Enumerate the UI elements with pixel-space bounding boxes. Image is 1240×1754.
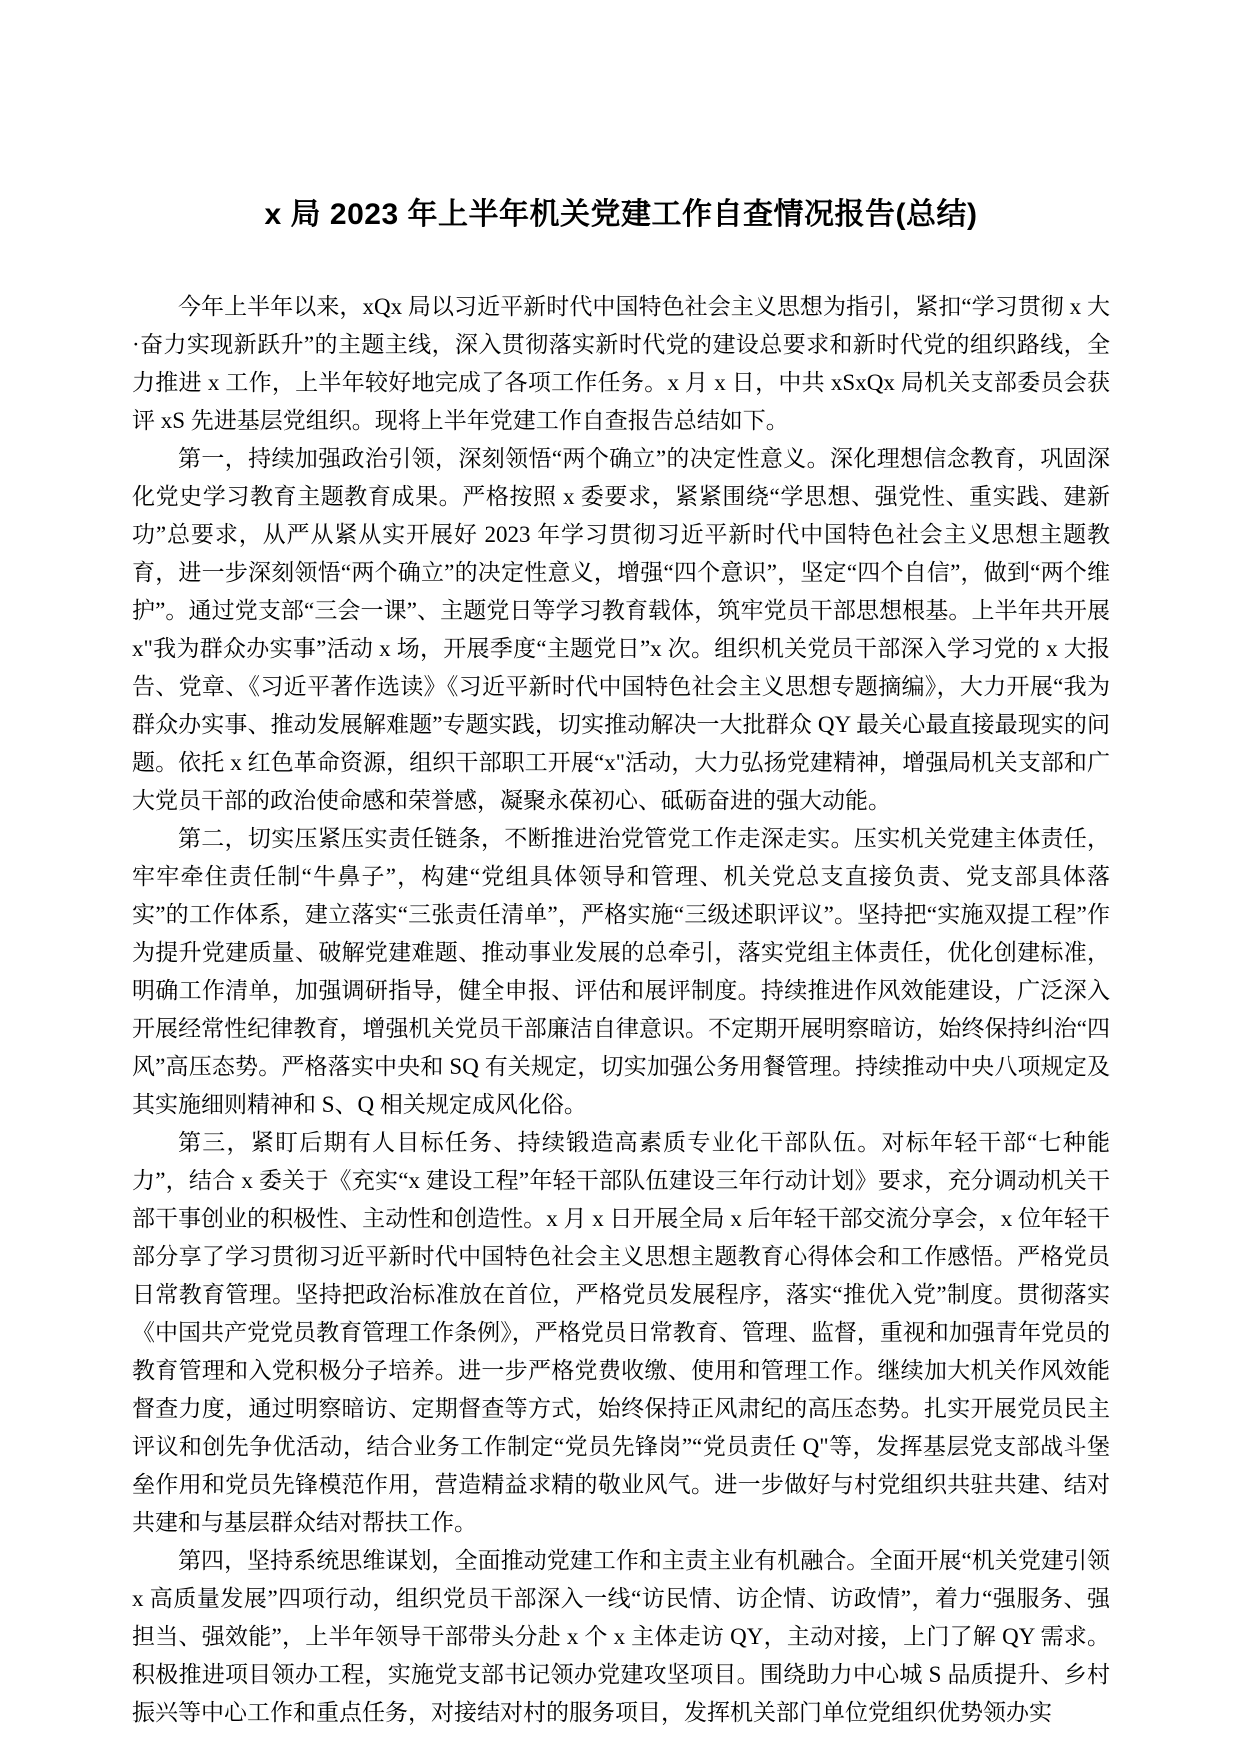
report-body: 今年上半年以来，xQx 局以习近平新时代中国特色社会主义思想为指引，紧扣“学习贯… [132, 288, 1110, 1732]
report-title: x 局 2023 年上半年机关党建工作自查情况报告(总结) [132, 196, 1110, 234]
paragraph-intro: 今年上半年以来，xQx 局以习近平新时代中国特色社会主义思想为指引，紧扣“学习贯… [132, 288, 1110, 440]
paragraph-section-3: 第三，紧盯后期有人目标任务、持续锻造高素质专业化干部队伍。对标年轻干部“七种能力… [132, 1124, 1110, 1542]
paragraph-section-4: 第四，坚持系统思维谋划，全面推动党建工作和主责主业有机融合。全面开展“机关党建引… [132, 1542, 1110, 1732]
document-page: x 局 2023 年上半年机关党建工作自查情况报告(总结) 今年上半年以来，xQ… [0, 0, 1240, 1754]
paragraph-section-2: 第二，切实压紧压实责任链条，不断推进治党管党工作走深走实。压实机关党建主体责任，… [132, 820, 1110, 1124]
paragraph-section-1: 第一，持续加强政治引领，深刻领悟“两个确立”的决定性意义。深化理想信念教育，巩固… [132, 440, 1110, 820]
